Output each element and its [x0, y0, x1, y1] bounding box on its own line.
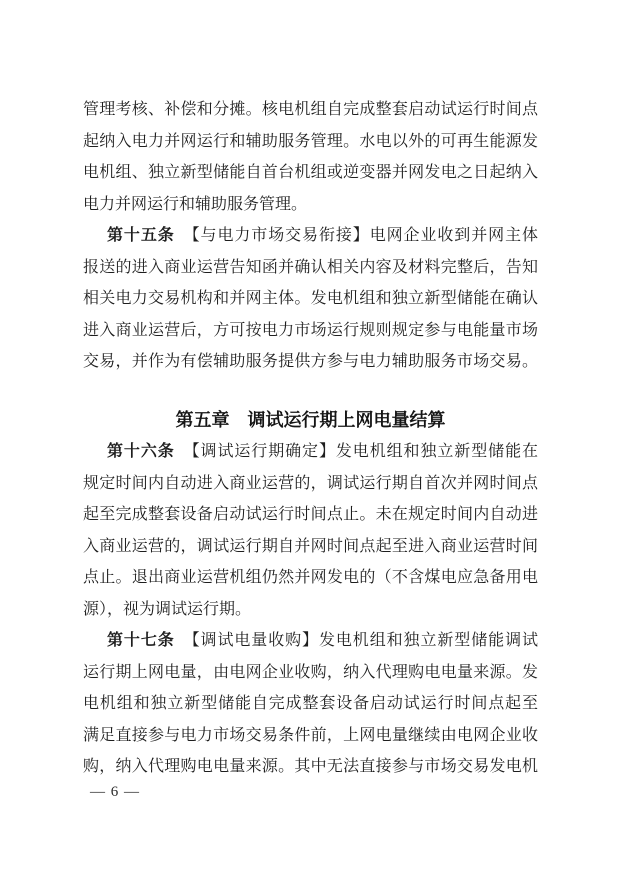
text-line: 电机组和独立新型储能自完成整套设备启动试运行时间点起至 — [83, 688, 538, 720]
text-line: 运行期上网电量，由电网企业收购，纳入代理购电电量来源。发 — [83, 657, 538, 689]
body-text-run: 交易，并作为有偿辅助服务提供方参与电力辅助服务市场交易。 — [83, 353, 538, 370]
body-text-run: 电力并网运行和辅助服务管理。 — [83, 196, 307, 213]
text-line: 源），视为调试运行期。 — [83, 594, 538, 626]
chapter-heading: 第五章 调试运行期上网电量结算 — [83, 405, 538, 437]
body-text-run: 相关电力交易机构和并网主体。发电机组和独立新型储能在确认 — [83, 290, 538, 307]
text-line: 起纳入电力并网运行和辅助服务管理。水电以外的可再生能源发 — [83, 126, 538, 158]
body-text-run: 满足直接参与电力市场交易条件前，上网电量继续由电网企业收 — [83, 727, 538, 744]
body-text-run: 进入商业运营后，方可按电力市场运行规则规定参与电能量市场 — [83, 322, 538, 339]
body-text-run: 入商业运营的，调试运行期自并网时间点起至进入商业运营时间 — [83, 538, 538, 555]
text-line: 入商业运营的，调试运行期自并网时间点起至进入商业运营时间 — [83, 531, 538, 563]
body-text-run: 起纳入电力并网运行和辅助服务管理。水电以外的可再生能源发 — [83, 133, 538, 150]
text-line: 进入商业运营后，方可按电力市场运行规则规定参与电能量市场 — [83, 315, 538, 347]
body-text-run: 运行期上网电量，由电网企业收购，纳入代理购电电量来源。发 — [83, 664, 538, 681]
page-number: — 6 — — [90, 783, 140, 801]
text-line: 点止。退出商业运营机组仍然并网发电的（不含煤电应急备用电 — [83, 562, 538, 594]
body-text-run: 规定时间内自动进入商业运营的，调试运行期自首次并网时间点 — [83, 475, 538, 492]
text-line: 购，纳入代理购电电量来源。其中无法直接参与市场交易发电机 — [83, 751, 538, 783]
text-line: 报送的进入商业运营告知函并确认相关内容及材料完整后，告知 — [83, 252, 538, 284]
text-line: 相关电力交易机构和并网主体。发电机组和独立新型储能在确认 — [83, 283, 538, 315]
text-line: 第十五条 【与电力市场交易衔接】电网企业收到并网主体 — [83, 220, 538, 252]
body-text-run: 报送的进入商业运营告知函并确认相关内容及材料完整后，告知 — [83, 259, 538, 276]
text-line: 起至完成整套设备启动试运行时间点止。未在规定时间内自动进 — [83, 499, 538, 531]
body-text-run: 购，纳入代理购电电量来源。其中无法直接参与市场交易发电机 — [83, 758, 538, 775]
article-number-text: 第十七条 — [107, 632, 175, 649]
document-page: 管理考核、补偿和分摊。核电机组自完成整套启动试运行时间点起纳入电力并网运行和辅助… — [0, 0, 620, 876]
text-line: 第十七条 【调试电量收购】发电机组和独立新型储能调试 — [83, 625, 538, 657]
body-text-run: 【调试电量收购】发电机组和独立新型储能调试 — [175, 632, 538, 649]
body-text-run: 源），视为调试运行期。 — [83, 601, 251, 618]
text-content: 管理考核、补偿和分摊。核电机组自完成整套启动试运行时间点起纳入电力并网运行和辅助… — [0, 0, 620, 783]
text-line: 规定时间内自动进入商业运营的，调试运行期自首次并网时间点 — [83, 468, 538, 500]
body-text-run: 电机组和独立新型储能自完成整套设备启动试运行时间点起至 — [83, 695, 538, 712]
body-text-run: 点止。退出商业运营机组仍然并网发电的（不含煤电应急备用电 — [83, 569, 538, 586]
text-line: 电机组、独立新型储能自首台机组或逆变器并网发电之日起纳入 — [83, 157, 538, 189]
text-line: 满足直接参与电力市场交易条件前，上网电量继续由电网企业收 — [83, 720, 538, 752]
body-text-run: 【与电力市场交易衔接】电网企业收到并网主体 — [175, 227, 538, 244]
text-line: 管理考核、补偿和分摊。核电机组自完成整套启动试运行时间点 — [83, 94, 538, 126]
article-number-text: 第十六条 — [107, 443, 175, 460]
body-text-run: 起至完成整套设备启动试运行时间点止。未在规定时间内自动进 — [83, 506, 538, 523]
text-line: 交易，并作为有偿辅助服务提供方参与电力辅助服务市场交易。 — [83, 346, 538, 378]
body-text-run: 电机组、独立新型储能自首台机组或逆变器并网发电之日起纳入 — [83, 164, 538, 181]
text-line: 第十六条 【调试运行期确定】发电机组和独立新型储能在 — [83, 436, 538, 468]
body-text-run: 【调试运行期确定】发电机组和独立新型储能在 — [175, 443, 538, 460]
article-number-text: 第十五条 — [107, 227, 175, 244]
body-text-run: 管理考核、补偿和分摊。核电机组自完成整套启动试运行时间点 — [83, 101, 538, 118]
text-line: 电力并网运行和辅助服务管理。 — [83, 189, 538, 221]
